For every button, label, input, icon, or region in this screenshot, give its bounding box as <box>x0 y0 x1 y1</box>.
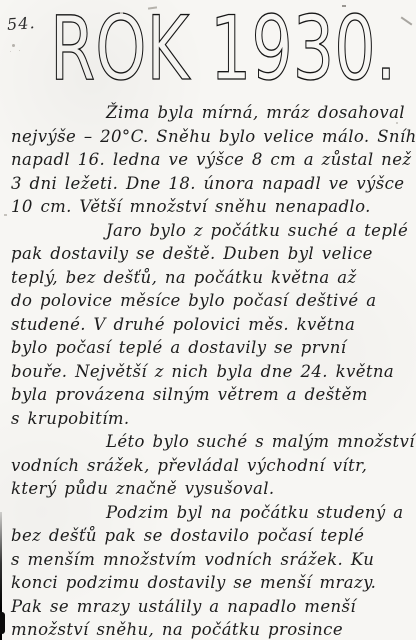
scan-artifact-left-blob <box>0 612 5 634</box>
handwritten-line: Léto bylo suché s malým množstvím <box>11 430 411 454</box>
handwritten-line: Jaro bylo z počátku suché a teplé <box>11 219 411 243</box>
scan-speck <box>401 16 413 25</box>
handwritten-line: s krupobitím. <box>11 407 411 431</box>
handwritten-line: pak dostavily se deště. Duben byl velice <box>11 242 411 266</box>
handwritten-line: studené. V druhé polovici měs. května <box>11 313 411 337</box>
handwritten-line: napadl 16. ledna ve výšce 8 cm a zůstal … <box>11 148 411 172</box>
scan-speck <box>12 44 15 47</box>
handwritten-line: Žima byla mírná, mráz dosahoval <box>11 101 411 125</box>
page-number: 54. <box>6 13 36 34</box>
scan-artifact-left-bar <box>0 512 2 640</box>
handwritten-line: 10 cm. Větší množství sněhu nenapadlo. <box>11 195 411 219</box>
handwritten-line: bez dešťů pak se dostavilo počasí teplé <box>11 524 411 548</box>
handwritten-line: nejvýše – 20°C. Sněhu bylo velice málo. … <box>11 125 411 149</box>
handwritten-line: do polovice měsíce bylo počasí deštivé a <box>11 289 411 313</box>
handwritten-line: množství sněhu, na počátku prosince <box>11 618 411 640</box>
handwritten-line: konci podzimu dostavily se menší mrazy. <box>11 571 411 595</box>
handwritten-line: bylo počasí teplé a dostavily se první <box>11 336 411 360</box>
chronicle-year-title: ROK 1930. <box>50 5 396 93</box>
handwritten-line: bouře. Největší z nich byla dne 24. květ… <box>11 360 411 384</box>
handwritten-line: vodních srážek, převládal východní vítr, <box>11 454 411 478</box>
handwritten-line: 3 dni ležeti. Dne 18. února napadl ve vý… <box>11 172 411 196</box>
handwritten-line: byla provázena silným větrem a deštěm <box>11 383 411 407</box>
handwritten-text-block: Žima byla mírná, mráz dosahovalnejvýše –… <box>11 101 411 640</box>
handwritten-line: který půdu značně vysušoval. <box>11 477 411 501</box>
handwritten-line: s menším množstvím vodních srážek. Ku <box>11 548 411 572</box>
scan-speck <box>4 214 7 216</box>
handwritten-line: Pak se mrazy ustálily a napadlo menší <box>11 595 411 619</box>
handwritten-line: teplý, bez dešťů, na počátku května až <box>11 266 411 290</box>
handwritten-line: Podzim byl na počátku studený a <box>11 501 411 525</box>
